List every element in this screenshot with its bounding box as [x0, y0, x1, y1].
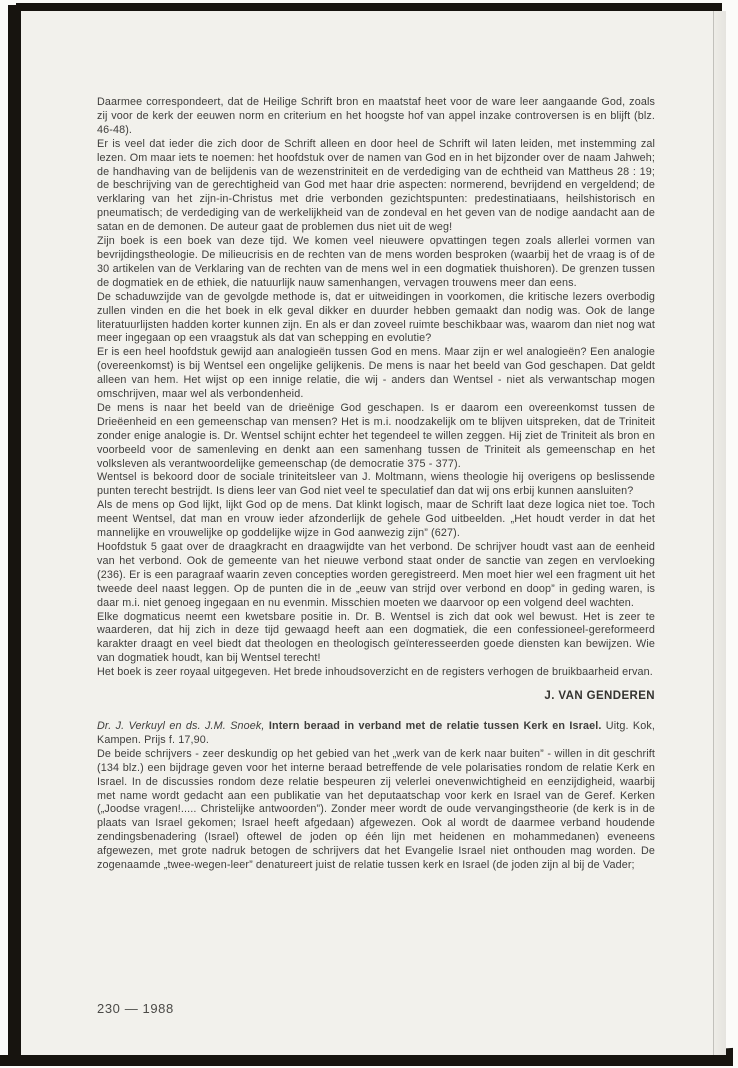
paragraph: Er is veel dat ieder die zich door de Sc…	[97, 138, 655, 235]
paragraph: De beide schrijvers - zeer deskundig op …	[97, 748, 655, 873]
page-number: 230 — 1988	[97, 1001, 174, 1016]
paragraph: Wentsel is bekoord door de sociale trini…	[97, 471, 655, 499]
paragraph: Daarmee correspondeert, dat de Heilige S…	[97, 96, 655, 138]
paragraph: De mens is naar het beeld van de drieëni…	[97, 402, 655, 472]
paragraph: Elke dogmaticus neemt een kwetsbare posi…	[97, 611, 655, 667]
paragraph: Als de mens op God lijkt, lijkt God op d…	[97, 499, 655, 541]
review-wentsel-dogmatiek: Daarmee correspondeert, dat de Heilige S…	[97, 96, 655, 704]
review-verkuyl-snoek: Dr. J. Verkuyl en ds. J.M. Snoek, Intern…	[97, 720, 655, 873]
book-page: Daarmee correspondeert, dat de Heilige S…	[21, 11, 726, 1055]
scanned-book-photo: Daarmee correspondeert, dat de Heilige S…	[0, 0, 738, 1068]
book-reference: Dr. J. Verkuyl en ds. J.M. Snoek, Intern…	[97, 720, 655, 748]
paragraph: Zijn boek is een boek van deze tijd. We …	[97, 235, 655, 291]
paragraph: Het boek is zeer royaal uitgegeven. Het …	[97, 666, 655, 680]
paragraph: De schaduwzijde van de gevolgde methode …	[97, 291, 655, 347]
scan-edge-top	[16, 3, 722, 11]
paragraph: Hoofdstuk 5 gaat over de draagkracht en …	[97, 541, 655, 611]
scan-edge-left	[8, 5, 21, 1060]
reviewer-signature: J. VAN GENDEREN	[97, 690, 655, 704]
book-title: Intern beraad in verband met de relatie …	[269, 720, 606, 732]
page-edge-shade	[713, 11, 726, 1055]
text-column: Daarmee correspondeert, dat de Heilige S…	[97, 96, 655, 873]
paragraph: Er is een heel hoofdstuk gewijd aan anal…	[97, 346, 655, 402]
book-authors: Dr. J. Verkuyl en ds. J.M. Snoek,	[97, 720, 269, 732]
scan-edge-bottom	[0, 1055, 733, 1066]
